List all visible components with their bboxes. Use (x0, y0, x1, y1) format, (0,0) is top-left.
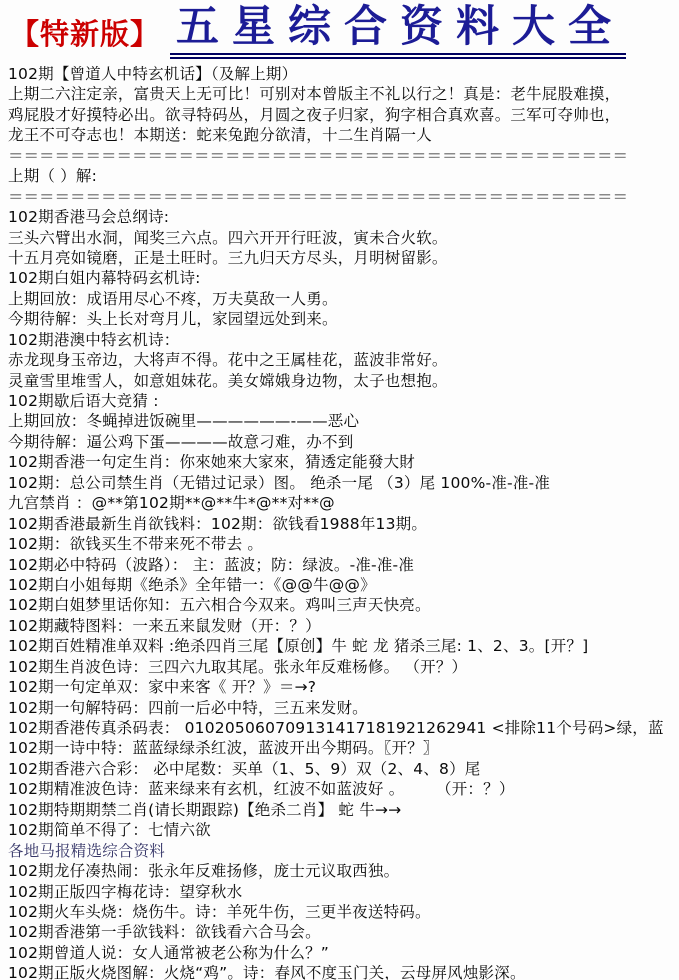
text-line: 102期必中特码（波路）： 主：蓝波；防：绿波。-准-准-准 (8, 555, 675, 575)
text-line: 102期香港传真杀码表： 010205060709131417181921262… (8, 718, 675, 738)
text-line: 102期香港最新生肖欲钱料：102期：欲钱看1988年13期。 (8, 514, 675, 534)
text-line: 102期生肖波色诗：三四六九取其尾。张永年反难杨修。 （开？） (8, 657, 675, 677)
text-line-heading: 102期港澳中特玄机诗： (8, 330, 675, 350)
separator-line: ＝＝＝＝＝＝＝＝＝＝＝＝＝＝＝＝＝＝＝＝＝＝＝＝＝＝＝＝＝＝＝＝＝＝＝＝＝＝＝＝ (8, 187, 675, 207)
document-page: 【特新版】 五星综合资料大全 102期【曾道人中特玄机话】（及解上期） 上期二六… (0, 0, 679, 980)
text-line: 102期藏特图料：一来五来鼠发财（开：？） (8, 616, 675, 636)
text-line: 上期回放：冬蝇掉进饭碗里——————-——恶心 (8, 411, 675, 431)
text-line: 102期正版四字梅花诗：望穿秋水 (8, 882, 675, 902)
text-line: 102期香港第一手欲钱料：欲钱看六合马会。 (8, 922, 675, 942)
text-line-heading: 102期【曾道人中特玄机话】（及解上期） (8, 64, 675, 84)
text-line: 三头六臂出水洞，闻奖三六点。四六开开行旺波，寅未合火软。 (8, 228, 675, 248)
text-line: 102期精准波色诗：蓝来绿来有玄机，红波不如蓝波好 。 （开：？） (8, 779, 675, 799)
text-line: 鸡屁股才好摸特必出。欲寻特码丛，月圆之夜子归家，狗字相合真欢喜。三军可夺帅也， (8, 105, 675, 125)
text-line-heading: 102期白姐内幕特码玄机诗: (8, 268, 675, 288)
text-line: 102期正版火烧图解：火烧“鸡”。诗：春风不度玉门关，云母屏风烛影深。 (8, 963, 675, 980)
text-line: 102期特期期禁二肖(请长期跟踪)【绝杀二肖】 蛇 牛→→ (8, 800, 675, 820)
text-line: 十五月亮如镜磨，正是土旺时。三九归天方尽头，月明树留影。 (8, 248, 675, 268)
text-line-heading: 102期歇后语大竞猜 : (8, 391, 675, 411)
text-line: 102期龙仔凑热闹：张永年反难扬修，庞士元议取西独。 (8, 861, 675, 881)
section-header: 各地马报精选综合资料 (8, 841, 675, 861)
text-line: 赤龙现身玉帝边，大将声不得。花中之王属桂花，蓝波非常好。 (8, 350, 675, 370)
text-line: 102期白小姐每期《绝杀》全年错一：《@@牛@@》 (8, 575, 675, 595)
text-line: 102期香港一句定生肖：你來她來大家來，猜透定能發大財 (8, 452, 675, 472)
separator-line: ＝＝＝＝＝＝＝＝＝＝＝＝＝＝＝＝＝＝＝＝＝＝＝＝＝＝＝＝＝＝＝＝＝＝＝＝＝＝＝＝ (8, 146, 675, 166)
text-line: 102期：总公司禁生肖（无错过记录）图。 绝杀一尾 （3）尾 100%-准-准-… (8, 473, 675, 493)
document-body: 102期【曾道人中特玄机话】（及解上期） 上期二六注定亲，富贵天上无可比！可别对… (0, 61, 679, 980)
text-line: 102期香港六合彩： 必中尾数：买单（1、5、9）双（2、4、8）尾 (8, 759, 675, 779)
edition-badge: 【特新版】 (10, 12, 160, 53)
text-line: 102期火车头烧：烧伤牛。诗：羊死牛伤，三更半夜送特码。 (8, 902, 675, 922)
text-line: 102期白姐梦里话你知：五六相合今双来。鸡叫三声天快亮。 (8, 595, 675, 615)
text-line: 102期：欲钱买生不带来死不带去 。 (8, 534, 675, 554)
text-line: 102期一诗中特：蓝蓝绿绿杀红波，蓝波开出今期码。〖开？〗 (8, 738, 675, 758)
text-line: 龙王不可夺志也！本期送：蛇来兔跑分欲清，十二生肖隔一人 (8, 125, 675, 145)
page-title: 五星综合资料大全 (170, 5, 626, 59)
text-line: 102期简单不得了：七情六欲 (8, 820, 675, 840)
text-line: 102期百姓精准单双料 :绝杀四肖三尾【原创】牛 蛇 龙 猪杀三尾: 1、2、3… (8, 636, 675, 656)
text-line: 今期待解：头上长对弯月儿，家园望远处到来。 (8, 309, 675, 329)
text-line: 上期（ ）解: (8, 166, 675, 186)
text-line-heading: 102期香港马会总纲诗: (8, 207, 675, 227)
text-line: 九宫禁肖 ：@**第102期**@**牛*@**对**@ (8, 493, 675, 513)
text-line: 上期二六注定亲，富贵天上无可比！可别对本曾版主不礼以行之！真是：老牛屁股难摸， (8, 84, 675, 104)
text-line: 今期待解：逼公鸡下蛋————故意刁难，办不到 (8, 432, 675, 452)
text-line: 102期曾道人说：女人通常被老公称为什么？” (8, 943, 675, 963)
text-line: 102期一句定单双：家中来客《 开？》＝→? (8, 677, 675, 697)
text-line: 上期回放：成语用尽心不疼，万夫莫敌一人勇。 (8, 289, 675, 309)
text-line: 灵童雪里堆雪人，如意姐妹花。美女嫦娥身边物，太子也想抱。 (8, 371, 675, 391)
page-header: 【特新版】 五星综合资料大全 (0, 0, 679, 61)
text-line: 102期一句解特码：四前一后必中特，三五来发财。 (8, 698, 675, 718)
